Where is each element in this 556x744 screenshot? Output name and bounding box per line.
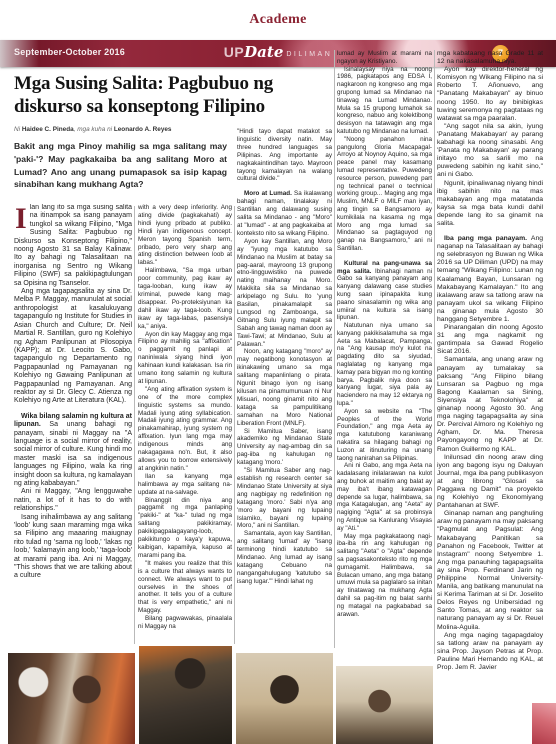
article-paragraph: with a very deep inferiority. Ang ating … [138,204,232,267]
article-paragraph: Ayon sa website na "The Peoples of the W… [337,408,432,463]
article-paragraph: Si Mamitua Saber, isang akademiko ng Min… [237,428,332,468]
article-paragraph: Ang mga tagapagsalita ay sina Dr. Melba … [14,288,132,406]
article-paragraph: "Si Mamitua Saber ang nag-establish ng r… [237,467,332,530]
article-standfirst: Bakit ang mga Pinoy mahilig sa mga salit… [14,140,227,191]
photo-speakers-left [8,653,135,744]
article-paragraph: Noon, ang katagang "moro" ay may negatib… [237,348,332,427]
paragraph-lead-in: Kultural na pang-unawa sa mga salita. [337,260,432,275]
article-paragraph: "Ang sagot nila sa akin, iyung 'Panatang… [437,123,543,180]
article-paragraph: Ayon din kay Maggay ang mga Filipino ay … [138,331,232,386]
paragraph-lead-in: Wika bilang salamin ng kultura at lipuna… [14,413,132,428]
article-column-5: mga kabataang nasa Grade 11 at 12 na nak… [437,50,543,744]
article-paragraph: "Ang ating affixation system is one of t… [138,386,232,473]
article-paragraph: lumad ay Muslim at marami na ngayon ay K… [337,50,432,66]
article-paragraph: Ginanap naman ang panghuling araw ng pan… [437,510,543,631]
masthead-up-text: UP [224,44,244,60]
column-rule-3 [334,50,335,648]
paragraph-lead-in: Moro at Lumad. [244,190,294,197]
article-column-2: with a very deep inferiority. Ang ating … [138,204,232,648]
byline-author: Haidee C. Pineda [22,126,74,133]
newsletter-page: Academe September-October 2016 UPDateDIL… [0,0,556,744]
article-paragraph: Ngunit, ipinaliwanag niyang hindi ibig s… [437,180,543,229]
article-paragraph: Moro at Lumad. Sa ikalawang bahagi naman… [237,190,332,237]
article-paragraph: Samantala, ang unang araw ng panayam ay … [437,356,543,453]
article-paragraph: Ang mga naging tagapagdaloy sa tatlong a… [437,632,543,672]
article-paragraph: May mga pagkakataong nagi-iba-iba rin an… [337,533,432,619]
article-paragraph: Ani ni Gabo, ang mga Aeta na kadalasang … [337,462,432,532]
article-paragraph: Ilan sa kanyang mga halimbawa ay mga sal… [138,473,232,497]
article-column-4: lumad ay Muslim at marami na ngayon ay K… [337,50,432,662]
section-label: Academe [0,12,556,28]
article-paragraph: Bilang pagwawakas, pinaalala ni Maggay n… [138,615,232,631]
masthead-date-text: Date [244,43,283,61]
masthead-diliman-text: DILIMAN [286,51,332,58]
article-paragraph: Isinalaysay niya na noong 1986, pagkatap… [337,66,432,136]
article-paragraph: Natutunan niya umano sa kanyang pakikisa… [337,322,432,408]
article-paragraph: "It makes you realize that this is a cul… [138,560,232,615]
drop-cap: I [15,206,27,231]
article-paragraph: Iba pang mga panayam. Ang naganap na Tal… [437,235,543,324]
article-paragraph: Ilan lang ito sa mga susing salita na it… [14,204,132,288]
article-paragraph: "Noong panahon nina pangulong Gloria Mac… [337,136,432,253]
article-paragraph: Pinarangalan din noong Agosto 31 ang mga… [437,324,543,356]
photo-speaker-right [336,666,433,744]
article-paragraph: Binanggit din niya ang paggamit ng mga p… [138,497,232,560]
column-rule-1 [134,206,135,644]
article-paragraph: Ani ni Maggay, "Ang lengguwahe natin, a … [14,488,132,513]
article-paragraph: Ayon kay Santillan, ang Moro ay "iyung m… [237,238,332,349]
article-paragraph: Wika bilang salamin ng kultura at lipuna… [14,413,132,489]
photo-speaker-middle [139,646,232,744]
article-paragraph: "Hindi tayo dapat matakot sa linguistic … [237,128,332,183]
byline-middle: , mga kuha ni [74,126,114,133]
article-paragraph: Samantala, ayon kay Santillan, ang salit… [237,530,332,585]
article-headline: Mga Susing Salita: Pagbubuo ng diskurso … [14,72,336,118]
article-paragraph: Halimbawa, "Sa mga urban poor community,… [138,267,232,330]
column-rule-2 [234,206,235,644]
byline-photographer: Leonardo A. Reyes [114,126,172,133]
article-paragraph: Isang inihalimbawa ay ang salitang 'loob… [14,514,132,581]
photo-speaker-portrait [236,653,333,744]
column-rule-4 [434,50,435,654]
article-paragraph: Kultural na pang-unawa sa mga salita. Ib… [337,260,432,322]
article-column-3: "Hindi tayo dapat matakot sa linguistic … [237,128,332,650]
article-paragraph: Inilunsad din noong araw ding iyon ang b… [437,454,543,511]
article-column-1: Ilan lang ito sa mga susing salita na it… [14,204,132,650]
article-paragraph: Ayon kay direktor-heneral ng Komisyon ng… [437,66,543,123]
photo-corner-fragment [532,703,556,744]
article-paragraph: mga kabataang nasa Grade 11 at 12 na nak… [437,50,543,66]
byline-prefix: Ni [14,126,22,133]
paragraph-lead-in: Iba pang mga panayam. [444,235,531,242]
